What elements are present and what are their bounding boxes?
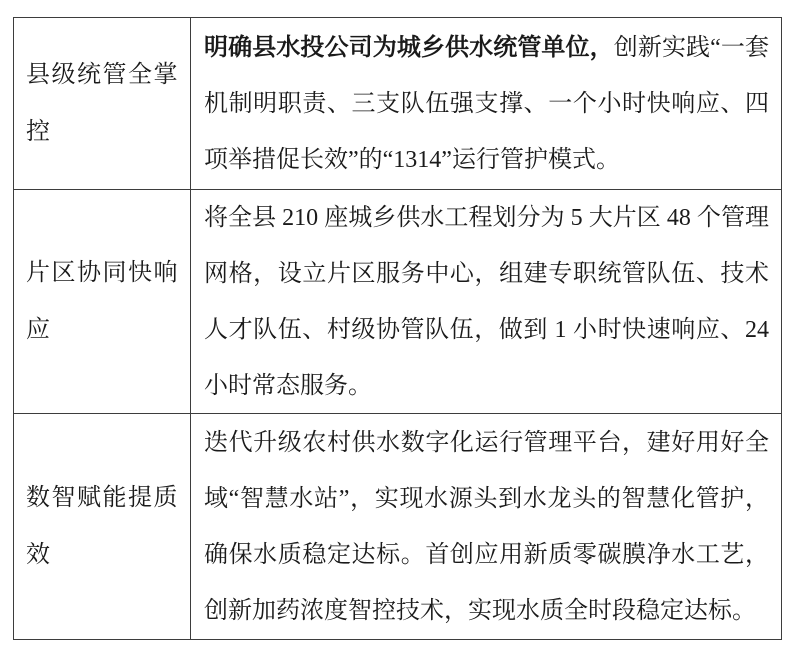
row-content-text: 将全县 210 座城乡供水工程划分为 5 大片区 48 个管理网格，设立片区服务…: [204, 205, 769, 399]
row-content: 迭代升级农村供水数字化运行管理平台，建好用好全域“智慧水站”，实现水源头到水龙头…: [204, 415, 769, 639]
row-content-cell: 迭代升级农村供水数字化运行管理平台，建好用好全域“智慧水站”，实现水源头到水龙头…: [191, 414, 781, 639]
row-content-cell: 将全县 210 座城乡供水工程划分为 5 大片区 48 个管理网格，设立片区服务…: [191, 190, 781, 413]
row-label-cell: 片区协同快响应: [14, 190, 191, 413]
row-label-cell: 县级统管全掌控: [14, 18, 191, 189]
table-row: 片区协同快响应 将全县 210 座城乡供水工程划分为 5 大片区 48 个管理网…: [14, 190, 781, 414]
row-content: 将全县 210 座城乡供水工程划分为 5 大片区 48 个管理网格，设立片区服务…: [204, 190, 769, 413]
table-row: 数智赋能提质效 迭代升级农村供水数字化运行管理平台，建好用好全域“智慧水站”，实…: [14, 414, 781, 639]
row-content: 明确县水投公司为城乡供水统管单位，创新实践“一套机制明职责、三支队伍强支撑、一个…: [204, 20, 769, 188]
row-content-bold-segment: 明确县水投公司为城乡供水统管单位，: [204, 35, 614, 61]
row-label-cell: 数智赋能提质效: [14, 414, 191, 639]
row-content-text: 迭代升级农村供水数字化运行管理平台，建好用好全域“智慧水站”，实现水源头到水龙头…: [204, 430, 769, 624]
content-table: 县级统管全掌控 明确县水投公司为城乡供水统管单位，创新实践“一套机制明职责、三支…: [13, 17, 782, 640]
row-label: 片区协同快响应: [26, 245, 178, 359]
table-row: 县级统管全掌控 明确县水投公司为城乡供水统管单位，创新实践“一套机制明职责、三支…: [14, 18, 781, 190]
row-label: 数智赋能提质效: [26, 470, 178, 584]
row-label: 县级统管全掌控: [26, 47, 178, 161]
row-content-cell: 明确县水投公司为城乡供水统管单位，创新实践“一套机制明职责、三支队伍强支撑、一个…: [191, 18, 781, 189]
